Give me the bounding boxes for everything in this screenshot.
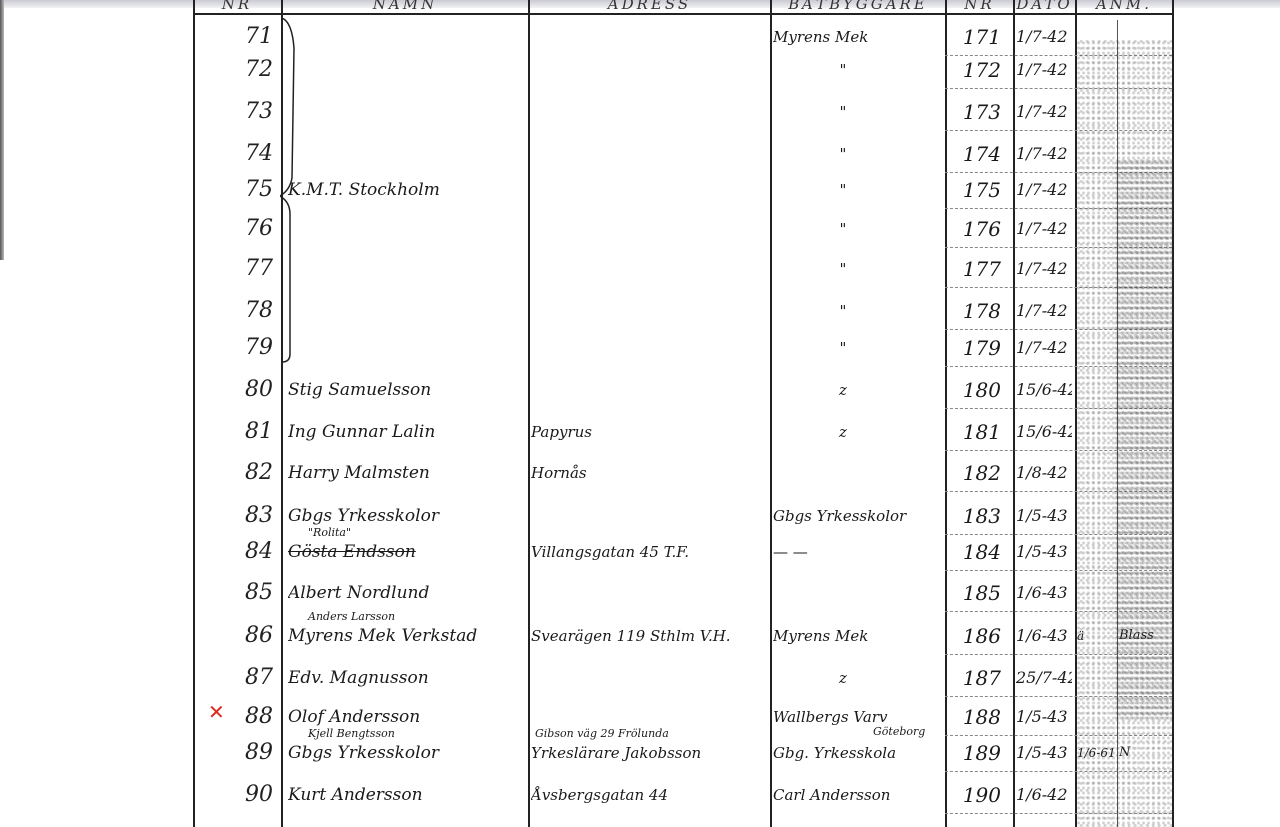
registration-number: 176 <box>945 209 1001 248</box>
owner-address: Åvsbergsgatan 44 <box>531 775 769 814</box>
boat-builder: — — <box>773 532 943 571</box>
owner-name: Kurt Andersson <box>288 775 523 814</box>
row-number: 84 <box>193 532 273 571</box>
row-number: 83 <box>193 496 273 535</box>
boat-builder: Gbgs Yrkesskolor <box>773 496 943 535</box>
row-number: 81 <box>193 412 273 451</box>
registration-number: 190 <box>945 775 1001 814</box>
registration-number: 180 <box>945 370 1001 409</box>
registration-number: 186 <box>945 616 1001 655</box>
owner-name: Harry Malmsten <box>288 453 523 492</box>
registration-number: 185 <box>945 573 1001 612</box>
ledger-row: 82Harry MalmstenHornås1821/8-42 <box>193 453 1173 492</box>
registration-date: 1/6-43 <box>1016 616 1072 655</box>
owner-address: Hornås <box>531 453 769 492</box>
boat-builder: Myrens Mek <box>773 616 943 655</box>
row-number: 85 <box>193 573 273 612</box>
row-number: 75 <box>193 170 273 209</box>
registration-number: 174 <box>945 134 1001 173</box>
boat-builder: " <box>773 50 913 89</box>
registration-date: 1/5-43 <box>1016 532 1072 571</box>
registration-date: 1/6-42 <box>1016 775 1072 814</box>
row-number: 72 <box>193 50 273 89</box>
registration-number: 187 <box>945 658 1001 697</box>
registration-number: 177 <box>945 249 1001 288</box>
registration-number: 178 <box>945 291 1001 330</box>
row-number: 74 <box>193 134 273 173</box>
row-number: 82 <box>193 453 273 492</box>
owner-name-annotation: Anders Larsson <box>308 610 395 623</box>
row-number: 80 <box>193 370 273 409</box>
boat-builder: " <box>773 92 913 131</box>
registration-number: 182 <box>945 453 1001 492</box>
owner-name: Albert Nordlund <box>288 573 523 612</box>
ledger-row: 90Kurt AnderssonÅvsbergsgatan 44Carl And… <box>193 775 1173 814</box>
registration-date: 1/5-43 <box>1016 733 1072 772</box>
registration-date: 15/6-42 <box>1016 370 1072 409</box>
registration-number: 173 <box>945 92 1001 131</box>
registration-number: 172 <box>945 50 1001 89</box>
row-number: 78 <box>193 291 273 330</box>
registration-number: 183 <box>945 496 1001 535</box>
registration-number: 181 <box>945 412 1001 451</box>
registration-date: 1/5-43 <box>1016 697 1072 736</box>
ledger-row: 81Ing Gunnar LalinPapyrusz18115/6-42 <box>193 412 1173 451</box>
owner-address-annotation: Gibson väg 29 Frölunda <box>535 727 669 740</box>
registration-date: 1/6-43 <box>1016 573 1072 612</box>
owner-name-annotation: "Rolita" <box>308 526 351 539</box>
owner-name: Stig Samuelsson <box>288 370 523 409</box>
registration-date: 1/8-42 <box>1016 453 1072 492</box>
red-x-marker: ✕ <box>208 700 225 724</box>
registration-date: 1/5-43 <box>1016 496 1072 535</box>
registration-date: 1/7-42 <box>1016 92 1072 131</box>
ledger-row: 77"1771/7-42 <box>193 249 1173 288</box>
ledger-row: 73"1731/7-42 <box>193 92 1173 131</box>
registration-date: 1/7-42 <box>1016 170 1072 209</box>
owner-address: Svearägen 119 Sthlm V.H. <box>531 616 769 655</box>
boat-builder: z <box>773 658 913 697</box>
registration-date: 25/7-42 <box>1016 658 1072 697</box>
row-number: 73 <box>193 92 273 131</box>
boat-builder: Gbg. Yrkesskola <box>773 733 943 772</box>
ledger-row: 75K.M.T. Stockholm"1751/7-42 <box>193 170 1173 209</box>
registration-date: 1/7-42 <box>1016 291 1072 330</box>
boat-builder: " <box>773 170 913 209</box>
scan-noise-dense <box>1115 160 1173 720</box>
row-number: 87 <box>193 658 273 697</box>
boat-builder: " <box>773 291 913 330</box>
row-number: 89 <box>193 733 273 772</box>
ledger-row: 86Myrens Mek VerkstadSvearägen 119 Sthlm… <box>193 616 1173 655</box>
ledger-row: 76"1761/7-42 <box>193 209 1173 248</box>
row-number: 90 <box>193 775 273 814</box>
registration-date: 15/6-42 <box>1016 412 1072 451</box>
registration-date: 1/7-42 <box>1016 249 1072 288</box>
boat-builder: z <box>773 412 913 451</box>
row-number: 76 <box>193 209 273 248</box>
registration-date: 1/7-42 <box>1016 328 1072 367</box>
ledger-row: 80Stig Samuelssonz18015/6-42 <box>193 370 1173 409</box>
ledger-row: 84Gösta EndssonVillangsgatan 45 T.F.— —1… <box>193 532 1173 571</box>
registration-number: 175 <box>945 170 1001 209</box>
registration-number: 189 <box>945 733 1001 772</box>
registration-number: 179 <box>945 328 1001 367</box>
boat-builder: " <box>773 328 913 367</box>
boat-builder: " <box>773 134 913 173</box>
scan-page-edge <box>0 0 4 260</box>
row-number: 77 <box>193 249 273 288</box>
ledger-row: 85Albert Nordlund1851/6-43 <box>193 573 1173 612</box>
ledger-row: 72"1721/7-42 <box>193 50 1173 89</box>
row-number: 79 <box>193 328 273 367</box>
registration-date: 1/7-42 <box>1016 209 1072 248</box>
ledger-row: 89Gbgs YrkesskolorYrkeslärare JakobssonG… <box>193 733 1173 772</box>
owner-name: Edv. Magnusson <box>288 658 523 697</box>
registration-date: 1/7-42 <box>1016 134 1072 173</box>
row-number: 88 <box>193 697 273 736</box>
boat-builder: z <box>773 370 913 409</box>
ledger-row: 74"1741/7-42 <box>193 134 1173 173</box>
registration-number: 184 <box>945 532 1001 571</box>
owner-name: Ing Gunnar Lalin <box>288 412 523 451</box>
owner-name-annotation: Kjell Bengtsson <box>308 727 395 740</box>
ledger-row: 87Edv. Magnussonz18725/7-42 <box>193 658 1173 697</box>
boat-builder: " <box>773 209 913 248</box>
owner-address: Villangsgatan 45 T.F. <box>531 532 769 571</box>
row-number: 86 <box>193 616 273 655</box>
registration-number: 188 <box>945 697 1001 736</box>
boat-builder: Carl Andersson <box>773 775 943 814</box>
ledger-row: 79"1791/7-42 <box>193 328 1173 367</box>
owner-address: Papyrus <box>531 412 769 451</box>
registration-date: 1/7-42 <box>1016 50 1072 89</box>
ledger-row: 78"1781/7-42 <box>193 291 1173 330</box>
boat-builder: " <box>773 249 913 288</box>
owner-name: K.M.T. Stockholm <box>288 170 523 209</box>
